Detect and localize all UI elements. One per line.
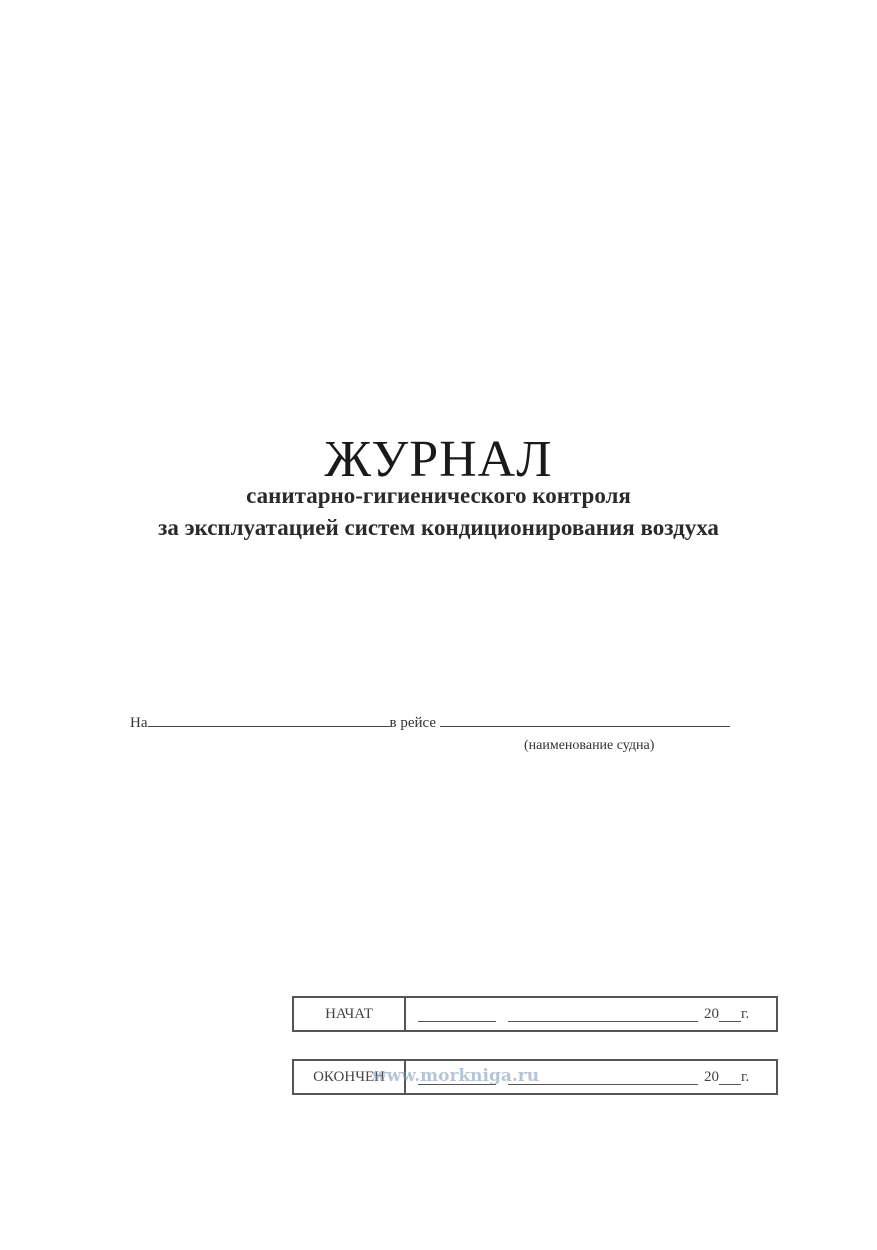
year-blank — [719, 1007, 741, 1022]
day-blank — [418, 1007, 496, 1022]
year-suffix: г. — [741, 1069, 749, 1086]
year-suffix: г. — [741, 1006, 749, 1023]
vessel-name-blank — [148, 712, 390, 727]
voyage-label: в рейсе — [390, 715, 437, 731]
journal-subtitle-line1: санитарно-гигиенического контроля — [0, 483, 877, 509]
journal-title: ЖУРНАЛ — [0, 432, 877, 488]
month-blank — [508, 1007, 698, 1022]
watermark: www.morkniga.ru — [372, 1066, 539, 1086]
vessel-prefix: На — [130, 715, 148, 731]
started-label: НАЧАТ — [294, 998, 406, 1030]
voyage-blank — [440, 712, 730, 727]
started-date: 20г. — [406, 1006, 776, 1023]
vessel-line: Нав рейсе — [130, 712, 730, 732]
started-box: НАЧАТ 20г. — [292, 996, 778, 1032]
year-prefix: 20 — [704, 1069, 719, 1086]
vessel-caption: (наименование судна) — [524, 738, 654, 754]
year-blank — [719, 1070, 741, 1085]
journal-subtitle-line2: за эксплуатацией систем кондиционировани… — [0, 515, 877, 541]
year-prefix: 20 — [704, 1006, 719, 1023]
